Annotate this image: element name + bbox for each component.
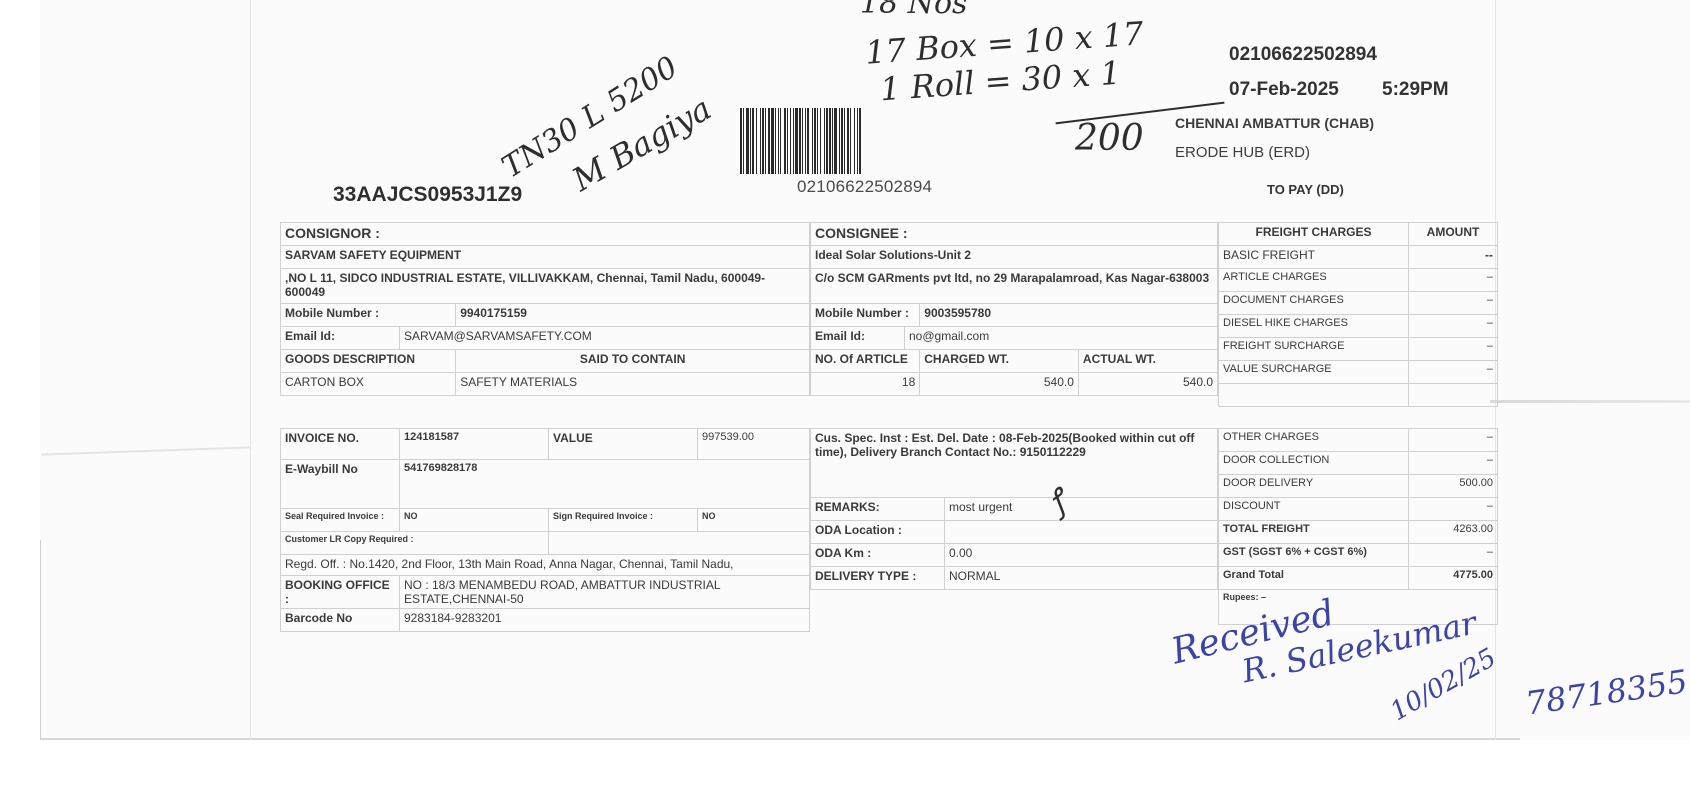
delivery-type: NORMAL [945, 567, 1218, 590]
other-charges-table: OTHER CHARGES–DOOR COLLECTION–DOOR DELIV… [1218, 428, 1498, 625]
other-charge-value: – [1409, 429, 1498, 452]
lr-copy-value [549, 532, 810, 555]
consignee-email-label: Email Id: [811, 327, 905, 350]
other-charge-label: DISCOUNT [1219, 498, 1409, 521]
instructions-table: Cus. Spec. Inst : Est. Del. Date : 08-Fe… [810, 428, 1218, 590]
basic-freight-value: -- [1409, 246, 1498, 269]
other-charge-row: DISCOUNT– [1219, 498, 1498, 521]
consignor-address: ,NO L 11, SIDCO INDUSTRIAL ESTATE, VILLI… [281, 269, 810, 304]
sign-required-label: Sign Required Invoice : [549, 509, 698, 532]
gst-value: – [1409, 544, 1498, 567]
freight-charges-table: FREIGHT CHARGES AMOUNT BASIC FREIGHT -- … [1218, 222, 1498, 407]
freight-charge-label: ARTICLE CHARGES [1219, 269, 1409, 292]
invoice-value: 997539.00 [698, 429, 810, 460]
booking-time: 5:29PM [1382, 79, 1449, 101]
basic-freight-label: BASIC FREIGHT [1219, 246, 1409, 269]
oda-location-label: ODA Location : [811, 521, 945, 544]
gstin: 33AAJCS0953J1Z9 [333, 183, 522, 207]
freight-charge-label: DIESEL HIKE CHARGES [1219, 315, 1409, 338]
paper-tear [1490, 400, 1690, 403]
freight-charge-value: – [1409, 315, 1498, 338]
paper-edge [40, 738, 1520, 740]
other-charge-row: OTHER CHARGES– [1219, 429, 1498, 452]
ewaybill-number: 541769828178 [400, 460, 810, 509]
total-freight-value: 4263.00 [1409, 521, 1498, 544]
gst-label: GST (SGST 6% + CGST 6%) [1219, 544, 1409, 567]
consignee-mobile: 9003595780 [920, 304, 1218, 327]
charged-weight-label: CHARGED WT. [920, 350, 1079, 373]
booking-office-label: BOOKING OFFICE : [281, 576, 400, 609]
consignee-table: CONSIGNEE : Ideal Solar Solutions-Unit 2… [810, 222, 1218, 396]
seal-required-label: Seal Required Invoice : [281, 509, 400, 532]
booking-date: 07-Feb-2025 [1229, 79, 1339, 101]
freight-charge-value: – [1409, 361, 1498, 384]
freight-heading: FREIGHT CHARGES [1219, 223, 1409, 246]
freight-charge-row: ARTICLE CHARGES– [1219, 269, 1498, 292]
barcode-number: 02106622502894 [797, 177, 932, 197]
consignor-email-label: Email Id: [281, 327, 400, 350]
barcode-range: 9283184-9283201 [400, 609, 810, 632]
customer-special-instructions: Cus. Spec. Inst : Est. Del. Date : 08-Fe… [811, 429, 1218, 498]
handwritten-total: 200 [1075, 118, 1144, 159]
payment-mode: TO PAY (DD) [1267, 182, 1344, 197]
consignee-heading: CONSIGNEE : [811, 223, 1218, 246]
consignor-name: SARVAM SAFETY EQUIPMENT [281, 246, 810, 269]
fold-line [250, 0, 251, 740]
actual-weight-label: ACTUAL WT. [1078, 350, 1217, 373]
blank-row [1409, 384, 1498, 407]
booking-office: NO : 18/3 MENAMBEDU ROAD, AMBATTUR INDUS… [400, 576, 810, 609]
actual-weight: 540.0 [1078, 373, 1217, 396]
invoice-table: INVOICE NO. 124181587 VALUE 997539.00 E-… [280, 428, 810, 632]
amount-heading: AMOUNT [1409, 223, 1498, 246]
destination-branch: ERODE HUB (ERD) [1175, 144, 1310, 161]
oda-km: 0.00 [945, 544, 1218, 567]
consignor-table: CONSIGNOR : SARVAM SAFETY EQUIPMENT ,NO … [280, 222, 810, 396]
remarks-label: REMARKS: [811, 498, 945, 521]
other-charge-label: DOOR DELIVERY [1219, 475, 1409, 498]
barcode-image [740, 108, 998, 174]
freight-charge-row: VALUE SURCHARGE– [1219, 361, 1498, 384]
said-to-contain-label: SAID TO CONTAIN [456, 350, 810, 373]
lr-number: 02106622502894 [1229, 44, 1377, 66]
goods-description-label: GOODS DESCRIPTION [281, 350, 456, 373]
grand-total-label: Grand Total [1219, 567, 1409, 590]
articles-label: NO. Of ARTICLE [811, 350, 920, 373]
grand-total-value: 4775.00 [1409, 567, 1498, 590]
delivery-type-label: DELIVERY TYPE : [811, 567, 945, 590]
other-charge-value: – [1409, 452, 1498, 475]
freight-charge-value: – [1409, 338, 1498, 361]
value-label: VALUE [549, 429, 698, 460]
charged-weight: 540.0 [920, 373, 1079, 396]
consignee-mobile-label: Mobile Number : [811, 304, 920, 327]
goods-description: CARTON BOX [281, 373, 456, 396]
oda-location [945, 521, 1218, 544]
other-charge-value: 500.00 [1409, 475, 1498, 498]
freight-charge-value: – [1409, 292, 1498, 315]
freight-charge-row: FREIGHT SURCHARGE– [1219, 338, 1498, 361]
sign-required: NO [698, 509, 810, 532]
consignee-email: no@gmail.com [905, 327, 1218, 350]
barcode-no-label: Barcode No [281, 609, 400, 632]
said-to-contain: SAFETY MATERIALS [456, 373, 810, 396]
freight-charge-label: FREIGHT SURCHARGE [1219, 338, 1409, 361]
invoice-number: 124181587 [400, 429, 549, 460]
other-charge-label: OTHER CHARGES [1219, 429, 1409, 452]
consignor-mobile-label: Mobile Number : [281, 304, 456, 327]
freight-charge-label: DOCUMENT CHARGES [1219, 292, 1409, 315]
registered-office: Regd. Off. : No.1420, 2nd Floor, 13th Ma… [281, 555, 810, 576]
freight-charge-value: – [1409, 269, 1498, 292]
other-charge-label: DOOR COLLECTION [1219, 452, 1409, 475]
blank-row [1219, 384, 1409, 407]
consignor-mobile: 9940175159 [456, 304, 810, 327]
invoice-label: INVOICE NO. [281, 429, 400, 460]
ewaybill-label: E-Waybill No [281, 460, 400, 509]
consignor-email: SARVAM@SARVAMSAFETY.COM [400, 327, 810, 350]
total-freight-label: TOTAL FREIGHT [1219, 521, 1409, 544]
remarks: most urgent [945, 498, 1218, 521]
other-charge-value: – [1409, 498, 1498, 521]
freight-charge-row: DOCUMENT CHARGES– [1219, 292, 1498, 315]
articles-count: 18 [811, 373, 920, 396]
lr-copy-label: Customer LR Copy Required : [281, 532, 549, 555]
consignee-address: C/o SCM GARments pvt ltd, no 29 Marapala… [811, 269, 1218, 304]
freight-charge-row: DIESEL HIKE CHARGES– [1219, 315, 1498, 338]
paper-edge [40, 540, 41, 740]
seal-required: NO [400, 509, 549, 532]
other-charge-row: DOOR COLLECTION– [1219, 452, 1498, 475]
freight-charge-label: VALUE SURCHARGE [1219, 361, 1409, 384]
oda-km-label: ODA Km : [811, 544, 945, 567]
handwritten-count: 18 Nos [860, 0, 967, 21]
consignee-name: Ideal Solar Solutions-Unit 2 [811, 246, 1218, 269]
consignor-heading: CONSIGNOR : [281, 223, 810, 246]
origin-branch: CHENNAI AMBATTUR (CHAB) [1175, 115, 1374, 131]
other-charge-row: DOOR DELIVERY500.00 [1219, 475, 1498, 498]
